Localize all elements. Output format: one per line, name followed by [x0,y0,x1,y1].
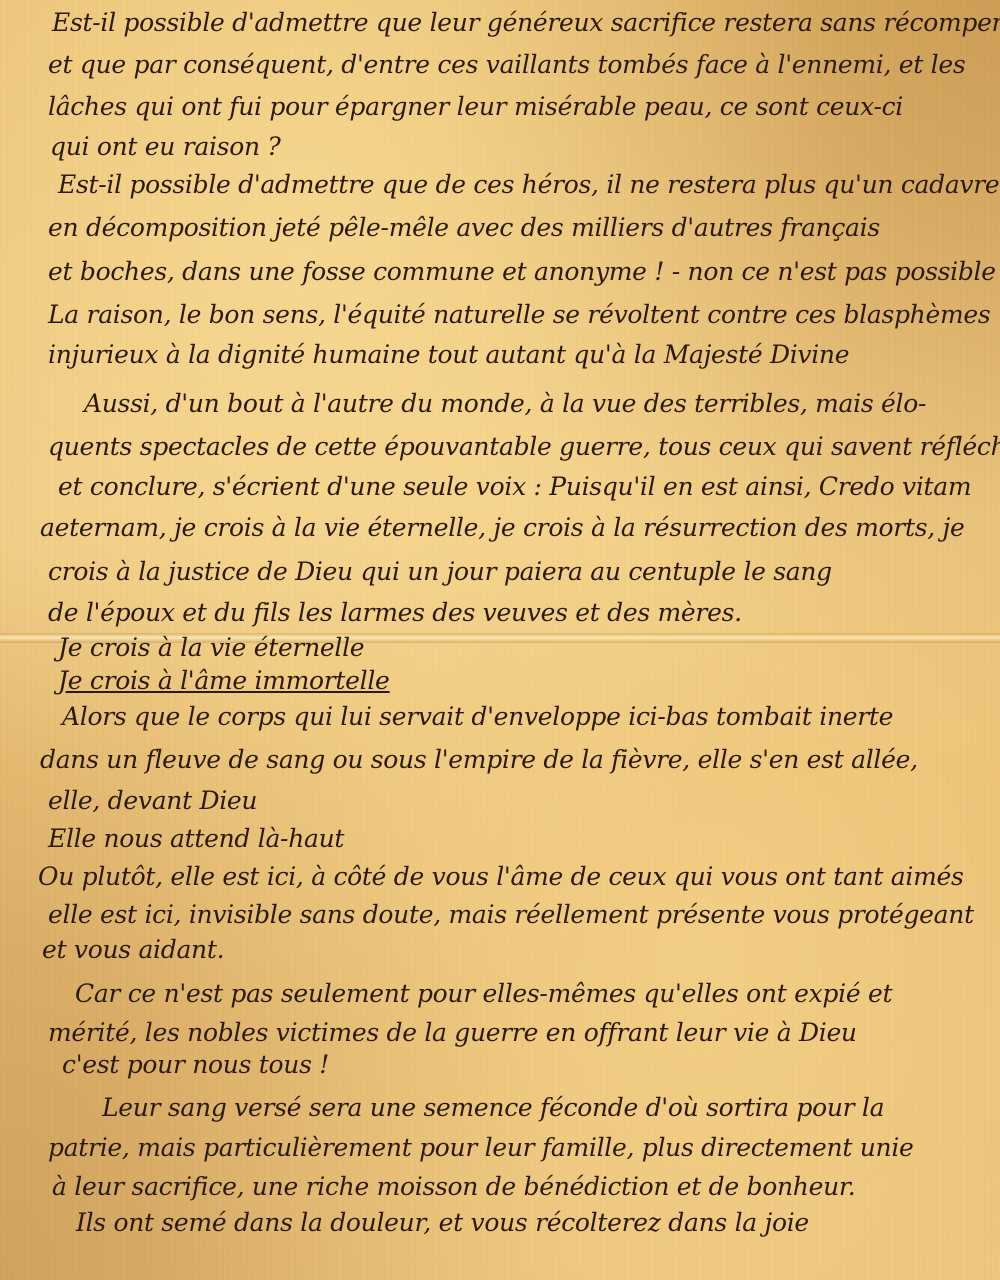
text-line: de l'époux et du fils les larmes des veu… [48,598,742,627]
text-line: Aussi, d'un bout à l'autre du monde, à l… [84,389,926,418]
text-line: Elle nous attend là-haut [48,824,344,853]
text-line: Car ce n'est pas seulement pour elles-mê… [75,979,892,1008]
text-line: Ou plutôt, elle est ici, à côté de vous … [38,862,964,891]
text-line: mérité, les nobles victimes de la guerre… [48,1018,857,1047]
text-line: patrie, mais particulièrement pour leur … [48,1133,914,1162]
text-line: et vous aidant. [42,935,224,964]
text-line: aeternam, je crois à la vie éternelle, j… [40,513,964,542]
text-line: quents spectacles de cette épouvantable … [48,432,1000,461]
text-line: qui ont eu raison ? [50,132,281,161]
text-line: c'est pour nous tous ! [62,1050,329,1079]
text-line: Alors que le corps qui lui servait d'env… [62,702,893,731]
text-line: Est-il possible d'admettre que leur géné… [52,8,1000,37]
text-line: et boches, dans une fosse commune et ano… [48,257,996,286]
text-line: elle est ici, invisible sans doute, mais… [48,900,974,929]
text-line: crois à la justice de Dieu qui un jour p… [48,557,832,586]
text-line: en décomposition jeté pêle-mêle avec des… [48,213,880,242]
text-line: lâches qui ont fui pour épargner leur mi… [48,92,903,121]
text-line: Ils ont semé dans la douleur, et vous ré… [76,1208,809,1237]
text-line: La raison, le bon sens, l'équité naturel… [48,300,990,329]
text-line: Je crois à l'âme immortelle [58,666,390,695]
text-line: à leur sacrifice, une riche moisson de b… [52,1172,855,1201]
text-line: Je crois à la vie éternelle [58,633,364,662]
letter-page: Est-il possible d'admettre que leur géné… [0,0,1000,1280]
text-line: et conclure, s'écrient d'une seule voix … [58,472,971,501]
text-line: Leur sang versé sera une semence féconde… [102,1093,884,1122]
text-line: injurieux à la dignité humaine tout auta… [48,340,849,369]
text-line: elle, devant Dieu [48,786,257,815]
text-line: et que par conséquent, d'entre ces vaill… [48,50,965,79]
text-line: Est-il possible d'admettre que de ces hé… [58,170,999,199]
text-line: dans un fleuve de sang ou sous l'empire … [40,745,918,774]
